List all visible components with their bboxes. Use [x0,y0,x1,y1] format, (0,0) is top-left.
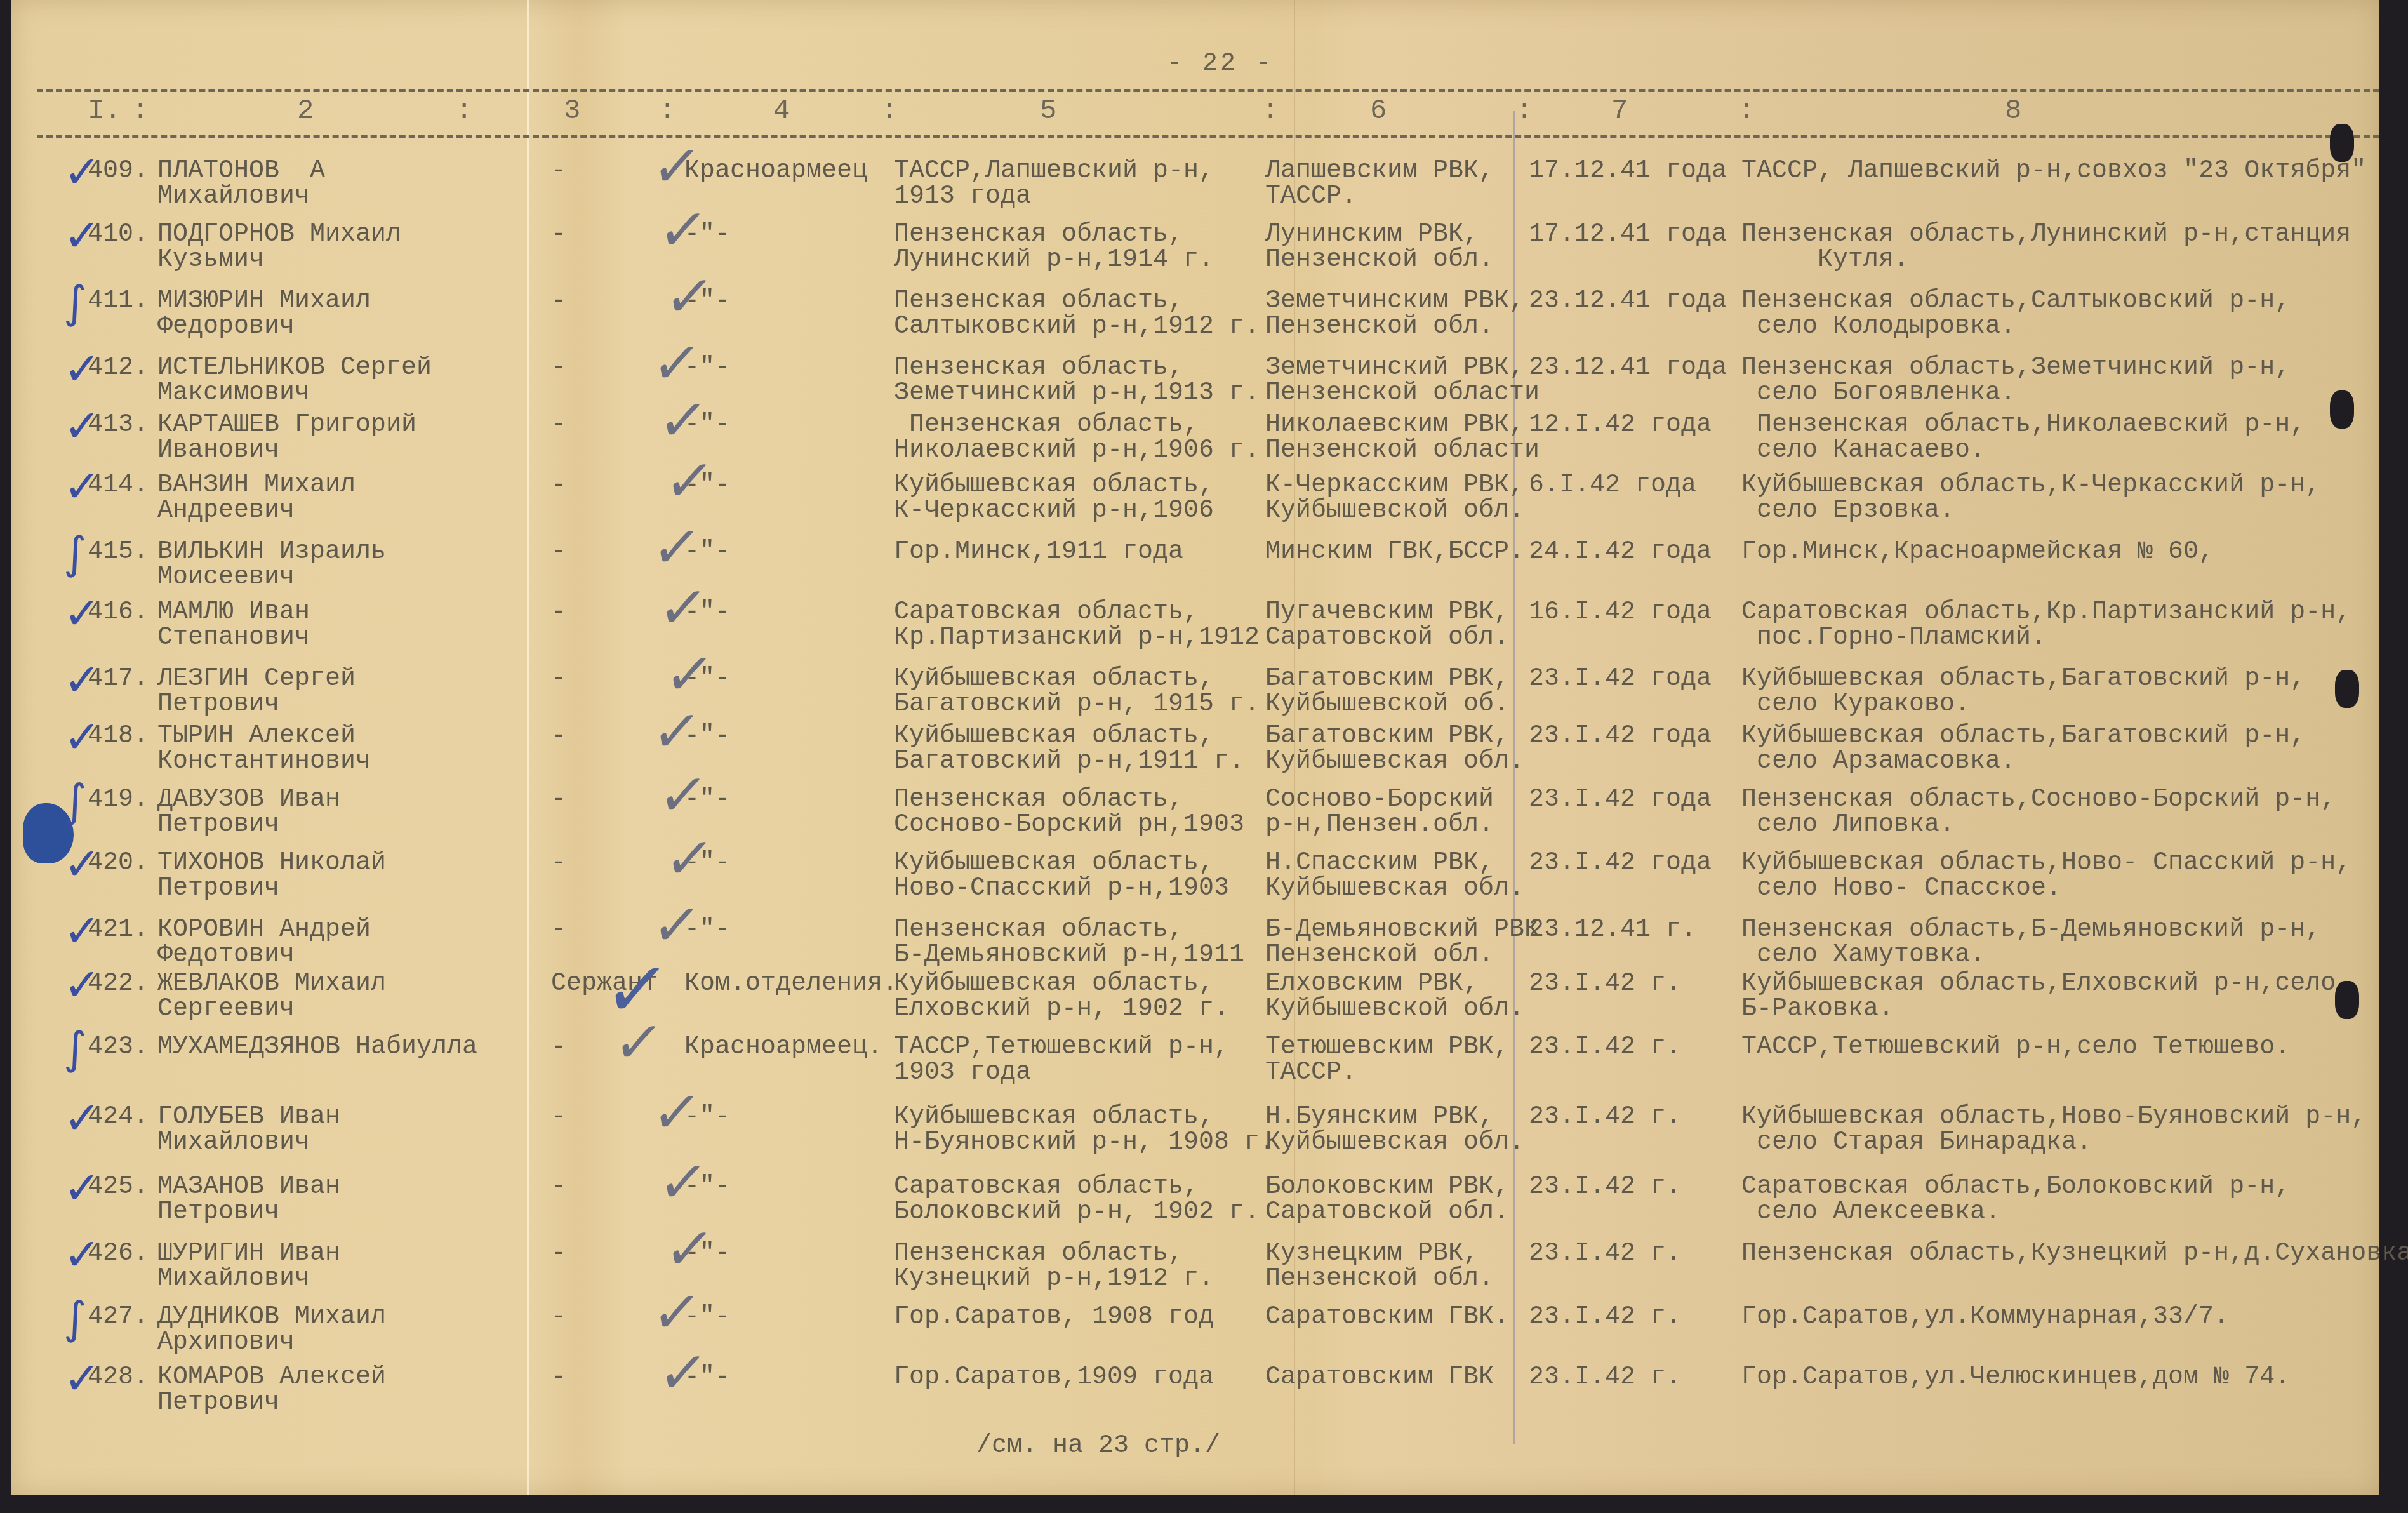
binding-hole [2335,981,2359,1019]
full-name: ПЛАТОНОВ А Михайлович [157,159,325,210]
rank: - [551,413,566,438]
conscription-date: 24.I.42 года [1529,540,1712,565]
record-number: 427. [88,1305,149,1330]
rank: - [551,667,566,692]
blue-check-icon: ✓ [63,1092,101,1144]
header-rule-top [37,89,2379,92]
full-name: МАМЛЮ Иван Степанович [157,600,310,651]
conscription-date: 23.I.42 г. [1529,1175,1681,1200]
blue-check-icon: ✓ [63,1229,101,1281]
col-header-2: 2 [297,95,314,127]
full-name: ВАНЗИН Михаил Андреевич [157,473,356,524]
blue-check-icon: ✓ [63,959,101,1011]
conscription-date: 23.I.42 г. [1529,971,1681,997]
birth-place-year: Пензенская область, Сосново-Борский рн,1… [894,787,1244,838]
pencil-check-icon: ✓ [648,1079,705,1146]
pencil-check-icon: ✓ [661,448,718,514]
full-name: КАРТАШЕВ Григорий Иванович [157,413,416,463]
full-name: ТЫРИН Алексей Константинович [157,724,371,775]
rank: - [551,1105,566,1130]
rank: - [551,1241,566,1267]
blue-check-icon: ✓ [63,1162,101,1214]
col-header-7: 7 [1611,95,1628,127]
rank: - [551,473,566,498]
home-address: Пензенская область,Б-Демьяновский р-н, с… [1741,917,2320,968]
conscription-office: Лапшевским РВК, ТАССР. [1265,159,1494,210]
pencil-check-icon: ✓ [655,575,712,641]
birth-place-year: ТАССР,Лапшевский р-н, 1913 года [894,159,1214,210]
home-address: Гор.Саратов,ул.Челюскинцев,дом № 74. [1741,1365,2290,1390]
rank: - [551,787,566,813]
pencil-check-icon: ✓ [655,1340,712,1406]
full-name: ВИЛЬКИН Израиль Моисеевич [157,540,386,590]
home-address: Куйбышевская область,Багатовский р-н, се… [1741,724,2305,775]
conscription-office: Сосново-Борский р-н,Пензен.обл. [1265,787,1494,838]
rank: - [551,724,566,749]
full-name: ЛЕЗГИН Сергей Петрович [157,667,356,717]
fold-line [527,0,529,1495]
blue-check-icon: ✓ [63,654,101,706]
conscription-office: Болоковским РВК, Саратовской обл. [1265,1175,1509,1225]
record-number: 415. [88,540,149,565]
blue-check-icon: ✓ [63,838,101,890]
conscription-date: 17.12.41 года [1529,159,1727,184]
full-name: ИСТЕЛЬНИКОВ Сергей Максимович [157,356,432,406]
home-address: Гор.Минск,Красноармейская № 60, [1741,540,2214,565]
pencil-check-icon: ✓ [661,1216,718,1283]
pencil-check-icon: ✓ [661,825,718,892]
birth-place-year: Куйбышевская область, Н-Буяновский р-н, … [894,1105,1275,1156]
pencil-check-icon: ✓ [655,197,712,263]
birth-place-year: Гор.Саратов, 1908 год [894,1305,1214,1330]
rank: - [551,356,566,381]
full-name: ДАВУЗОВ Иван Петрович [157,787,340,838]
pencil-check-icon: ✓ [655,1149,712,1216]
full-name: КОРОВИН Андрей Федотович [157,917,371,968]
conscription-date: 23.I.42 года [1529,787,1712,813]
blue-check-icon: ✓ [63,460,101,512]
birth-place-year: Куйбышевская область, Багатовский р-н, 1… [894,667,1260,717]
birth-place-year: Гор.Минск,1911 года [894,540,1183,565]
col-header-5: 5 [1040,95,1056,127]
conscription-office: Николаевским РВК, Пензенской области [1265,413,1540,463]
full-name: ДУДНИКОВ Михаил Архипович [157,1305,386,1356]
rank: - [551,540,566,565]
conscription-office: Земетчинский РВК, Пензенской области [1265,356,1540,406]
conscription-office: Кузнецким РВК, Пензенской обл. [1265,1241,1494,1292]
blue-check-icon: ∫ [63,276,86,328]
pencil-check-icon: ✓ [655,387,712,454]
conscription-date: 23.12.41 года [1529,356,1727,381]
conscription-office: Тетюшевским РВК, ТАССР. [1265,1035,1509,1086]
full-name: ГОЛУБЕВ Иван Михайлович [157,1105,340,1156]
blue-check-icon: ✓ [63,343,101,395]
conscription-date: 6.I.42 года [1529,473,1696,498]
conscription-date: 23.I.42 года [1529,667,1712,692]
header-rule-bottom [37,135,2379,138]
rank: - [551,159,566,184]
conscription-office: Минским ГВК,БССР. [1265,540,1524,565]
rank: - [551,1175,566,1200]
home-address: ТАССР, Лапшевский р-н,совхоз "23 Октября… [1741,159,2366,184]
rank: - [551,1305,566,1330]
conscription-office: К-Черкасским РВК, Куйбышевской обл. [1265,473,1524,524]
home-address: Куйбышевская область,Ново- Спасский р-н,… [1741,851,2351,902]
home-address: Пензенская область,Салтыковский р-н, сел… [1741,289,2290,340]
col-sep: : [1516,95,1533,127]
position: Красноармеец. [684,1035,882,1060]
birth-place-year: Куйбышевская область, К-Черкасский р-н,1… [894,473,1214,524]
pencil-check-icon: ✓ [648,1279,705,1346]
pencil-check-icon: ✓ [610,1010,667,1076]
binding-hole [2335,670,2359,708]
conscription-office: Багатовским РВК, Куйбышевской об. [1265,667,1509,717]
birth-place-year: Куйбышевская область, Ново-Спасский р-н,… [894,851,1229,902]
conscription-office: Саратовским ГВК. [1265,1305,1509,1330]
home-address: Куйбышевская область,Елховский р-н,село … [1741,971,2336,1022]
pencil-check-icon: ✓ [648,514,705,581]
record-number: 423. [88,1035,149,1060]
rank: - [551,1035,566,1060]
rank: - [551,1365,566,1390]
birth-place-year: Саратовская область, Болоковский р-н, 19… [894,1175,1260,1225]
col-sep: : [881,95,898,127]
conscription-office: Лунинским РВК, Пензенской обл. [1265,222,1494,273]
blue-check-icon: ✓ [63,1352,101,1404]
conscription-office: Саратовским ГВК [1265,1365,1494,1390]
birth-place-year: Пензенская область, Кузнецкий р-н,1912 г… [894,1241,1214,1292]
pencil-check-icon: ✓ [648,698,705,765]
binding-hole [2330,390,2354,429]
continued-note: /см. на 23 стр./ [976,1432,1220,1460]
col-sep: : [1738,95,1755,127]
blue-check-icon: ✓ [63,400,101,452]
record-number: 411. [88,289,149,314]
home-address: Куйбышевская область,Ново-Буяновский р-н… [1741,1105,2366,1156]
rank: - [551,917,566,943]
conscription-date: 23.I.42 г. [1529,1365,1681,1390]
binding-hole [2330,124,2354,162]
blue-check-icon: ✓ [63,905,101,957]
document-page: - 22 - I. 2 3 4 5 6 7 8 : : : : : : : 40… [11,0,2379,1495]
home-address: Куйбышевская область,Багатовский р-н, се… [1741,667,2305,717]
conscription-office: Елховским РВК, Куйбышевской обл. [1265,971,1524,1022]
conscription-office: Н.Буянским РВК, Куйбышевская обл. [1265,1105,1524,1156]
conscription-date: 12.I.42 года [1529,413,1712,438]
col-header-1: I. [88,95,121,127]
pencil-check-icon: ✓ [655,762,712,829]
blue-check-icon: ✓ [63,146,101,198]
col-sep: : [456,95,472,127]
home-address: Саратовская область,Болоковский р-н, сел… [1741,1175,2290,1225]
full-name: КОМАРОВ Алексей Петрович [157,1365,386,1416]
home-address: Пензенская область,Земетчинский р-н, сел… [1741,356,2290,406]
birth-place-year: Саратовская область, Кр.Партизанский р-н… [894,600,1260,651]
full-name: ШУРИГИН Иван Михайлович [157,1241,340,1292]
home-address: Пензенская область,Сосново-Борский р-н, … [1741,787,2336,838]
conscription-office: Багатовским РВК, Куйбышевская обл. [1265,724,1524,775]
blue-check-icon: ✓ [63,711,101,763]
full-name: МАЗАНОВ Иван Петрович [157,1175,340,1225]
birth-place-year: Гор.Саратов,1909 года [894,1365,1214,1390]
pencil-check-icon: ✓ [661,263,718,330]
conscription-office: Н.Спасским РВК, Куйбышевская обл. [1265,851,1524,902]
conscription-date: 16.I.42 года [1529,600,1712,625]
col-sep: : [659,95,675,127]
conscription-date: 23.12.41 г. [1529,917,1696,943]
col-header-3: 3 [564,95,580,127]
birth-place-year: Пензенская область, Земетчинский р-н,191… [894,356,1260,406]
conscription-office: Б-Демьяновский РВК Пензенской обл. [1265,917,1540,968]
full-name: МИЗЮРИН Михаил Федорович [157,289,371,340]
blue-check-icon: ∫ [63,1022,86,1074]
position: Ком.отделения. [684,971,898,997]
home-address: Куйбышевская область,К-Черкасский р-н, с… [1741,473,2320,524]
rank: - [551,289,566,314]
full-name: ТИХОНОВ Николай Петрович [157,851,386,902]
full-name: МУХАМЕДЗЯНОВ Набиулла [157,1035,477,1060]
record-number: 419. [88,787,149,813]
conscription-date: 23.12.41 года [1529,289,1727,314]
full-name: ПОДГОРНОВ Михаил Кузьмич [157,222,401,273]
birth-place-year: Куйбышевская область, Багатовский р-н,19… [894,724,1244,775]
blue-check-icon: ∫ [63,1292,86,1344]
blue-check-icon: ✓ [63,587,101,639]
conscription-date: 23.I.42 года [1529,724,1712,749]
col-header-4: 4 [773,95,790,127]
birth-place-year: Куйбышевская область, Елховский р-н, 190… [894,971,1229,1022]
home-address: ТАССР,Тетюшевский р-н,село Тетюшево. [1741,1035,2290,1060]
home-address: Пензенская область,Лунинский р-н,станция… [1741,222,2351,273]
rank: - [551,222,566,248]
col-header-8: 8 [2005,95,2021,127]
pencil-check-icon: ✓ [648,133,705,200]
conscription-date: 23.I.42 г. [1529,1305,1681,1330]
birth-place-year: Пензенская область, Салтыковский р-н,191… [894,289,1260,340]
conscription-date: 23.I.42 г. [1529,1035,1681,1060]
home-address: Саратовская область,Кр.Партизанский р-н,… [1741,600,2351,651]
home-address: Пензенская область,Николаевский р-н, сел… [1741,413,2305,463]
home-address: Гор.Саратов,ул.Коммунарная,33/7. [1741,1305,2229,1330]
birth-place-year: Пензенская область, Николаевский р-н,190… [894,413,1260,463]
birth-place-year: ТАССР,Тетюшевский р-н, 1903 года [894,1035,1229,1086]
birth-place-year: Пензенская область, Лунинский р-н,1914 г… [894,222,1214,273]
col-sep: : [1262,95,1279,127]
blue-check-icon: ∫ [63,775,86,827]
birth-place-year: Пензенская область, Б-Демьяновский р-н,1… [894,917,1244,968]
conscription-date: 23.I.42 г. [1529,1241,1681,1267]
blue-check-icon: ✓ [63,210,101,262]
rank: - [551,600,566,625]
full-name: ЖЕВЛАКОВ Михаил Сергеевич [157,971,386,1022]
conscription-office: Земетчинским РВК, Пензенской обл. [1265,289,1524,340]
col-header-6: 6 [1370,95,1387,127]
conscription-date: 17.12.41 года [1529,222,1727,248]
rank: - [551,851,566,876]
conscription-date: 23.I.42 года [1529,851,1712,876]
conscription-date: 23.I.42 г. [1529,1105,1681,1130]
position: Красноармеец [684,159,867,184]
blue-check-icon: ∫ [63,527,86,579]
col-sep: : [132,95,149,127]
page-number: - 22 - [1167,50,1274,78]
home-address: Пензенская область,Кузнецкий р-н,д.Сухан… [1741,1241,2408,1267]
conscription-office: Пугачевским РВК, Саратовской обл. [1265,600,1509,651]
